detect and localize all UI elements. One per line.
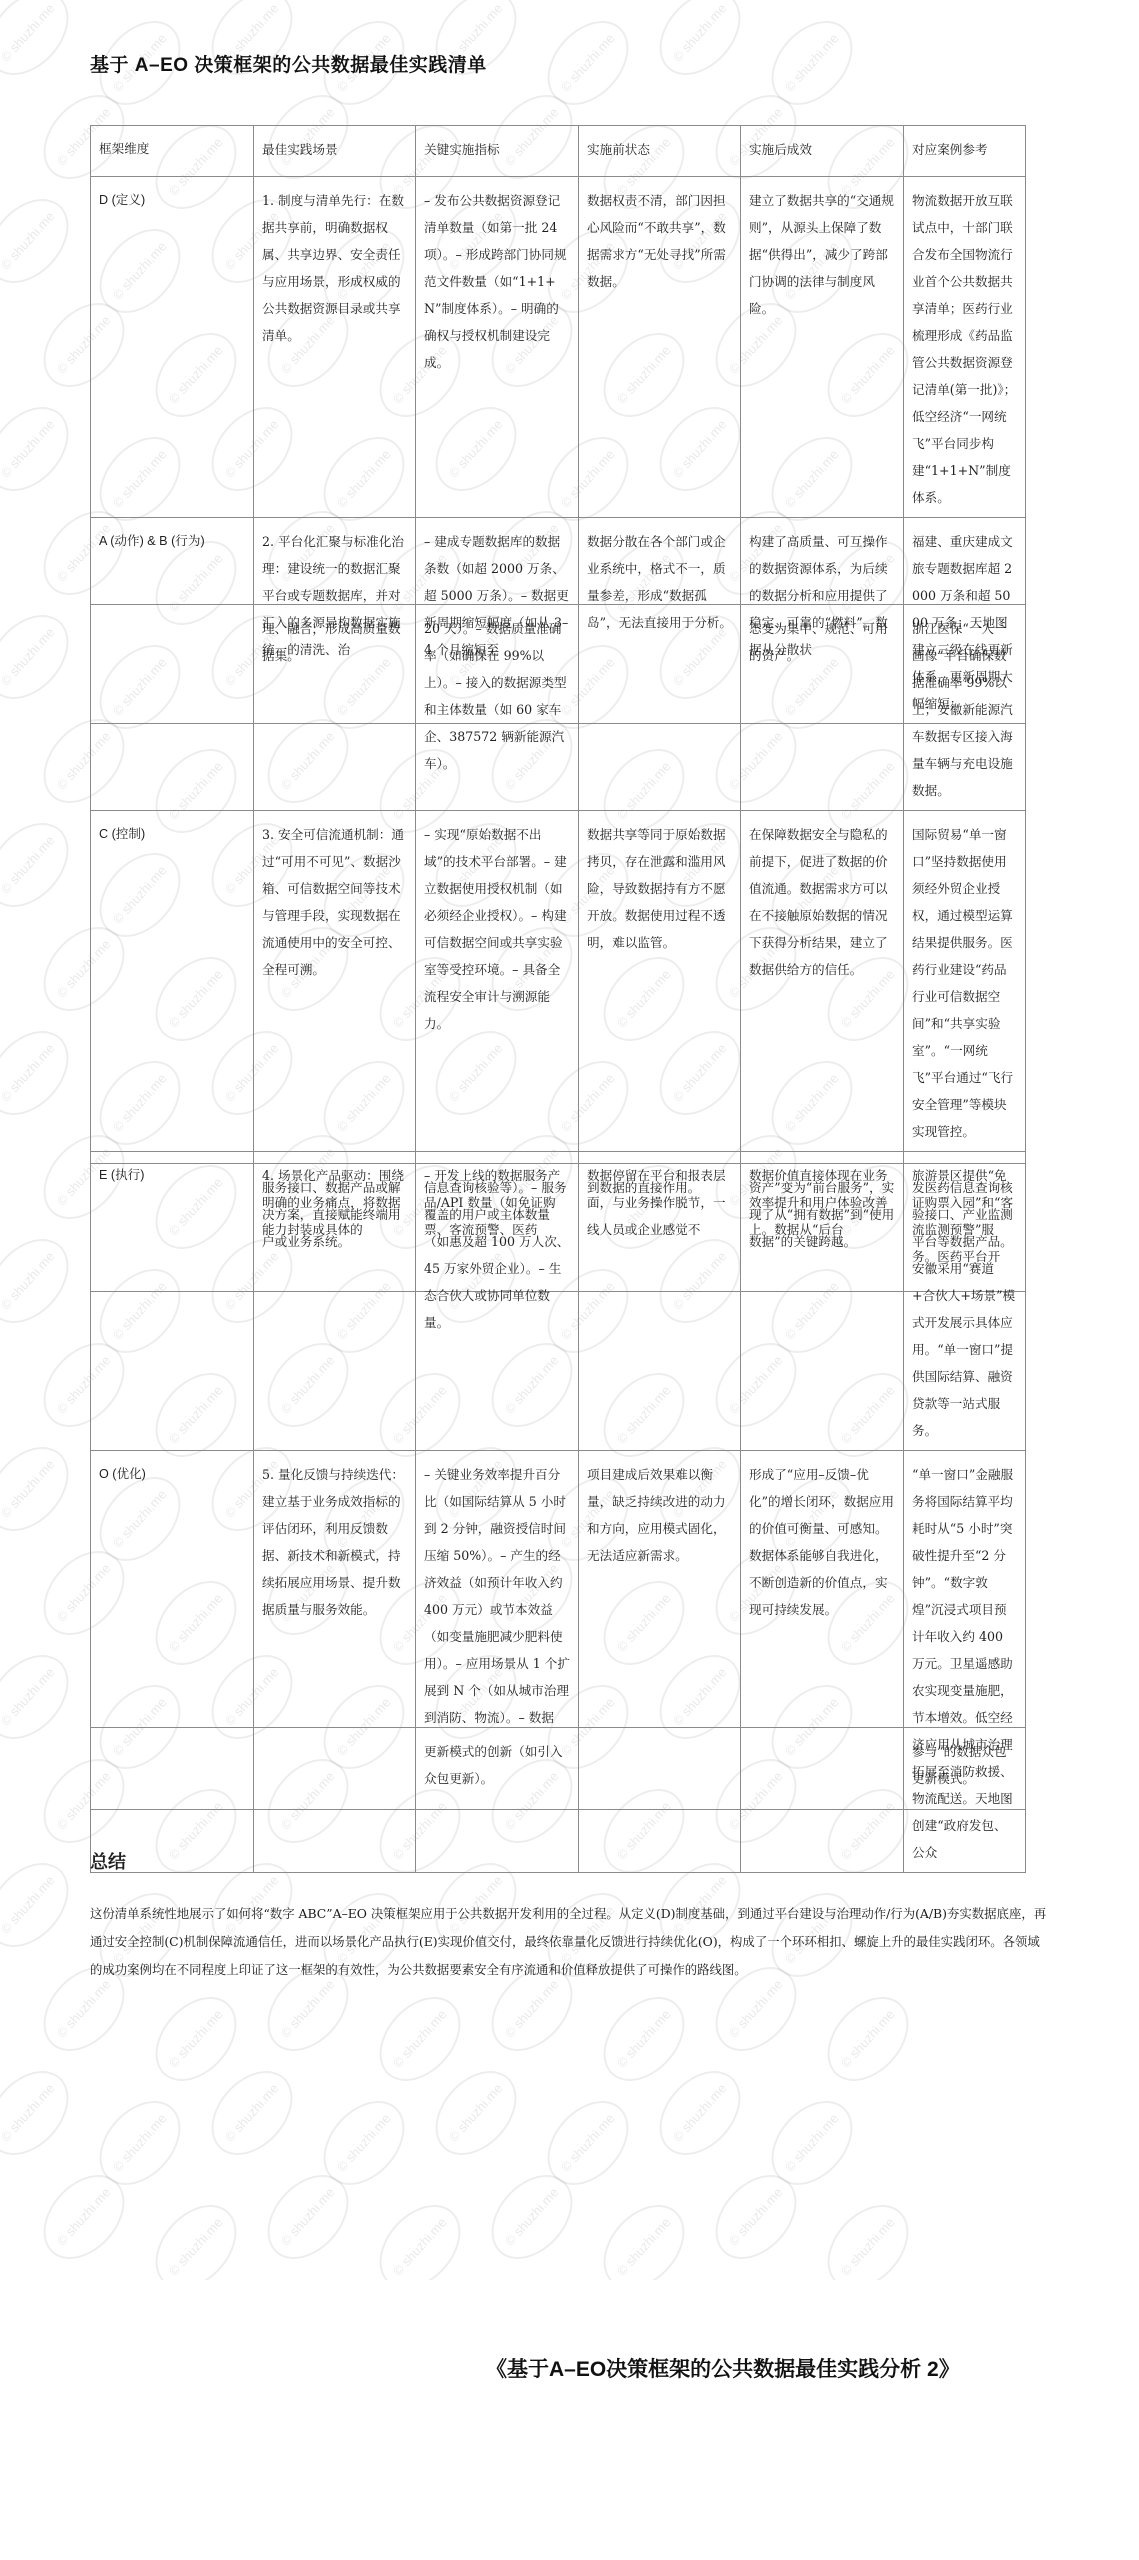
header-scenario: 最佳实践场景	[254, 126, 416, 177]
header-dimension: 框架维度	[91, 126, 254, 177]
watermark-stamp: © shuzhi.me	[0, 1015, 85, 1131]
table-row-ab-continued: 理、融合，形成高质量数据集。 20 天）。– 数据质量准确率（如确保在 99%以…	[91, 605, 1026, 811]
watermark-stamp: © shuzhi.me	[0, 0, 85, 91]
cell-scenario: 3. 安全可信流通机制：通过“可用不可见”、数据沙箱、可信数据空间等技术与管理手…	[254, 811, 416, 1152]
summary-paragraph: 这份清单系统性地展示了如何将“数字 ABC”A–EO 决策框架应用于公共数据开发…	[90, 1900, 1050, 1984]
table-row-e-continued: 服务接口、数据产品或解决方案，直接赋能终端用户或业务系统。 信息查询核验等）。–…	[91, 1164, 1026, 1451]
watermark-stamp: © shuzhi.me	[27, 2159, 140, 2275]
cell-scenario: 理、融合，形成高质量数据集。	[254, 605, 416, 811]
table-row-o-continued: 更新模式的创新（如引入众包更新）。 参与”的数据众包更新模式。	[91, 1728, 1026, 1810]
cell-before: 数据权责不清，部门因担心风险而“不敢共享”，数据需求方“无处寻找”所需数据。	[579, 177, 741, 518]
watermark-stamp: © shuzhi.me	[363, 2189, 476, 2280]
watermark-stamp: © shuzhi.me	[195, 0, 308, 91]
watermark-stamp: © shuzhi.me	[587, 2189, 700, 2280]
table-row-c: C (控制) 3. 安全可信流通机制：通过“可用不可见”、数据沙箱、可信数据空间…	[91, 811, 1026, 1152]
cell-indicators: – 实现“原始数据不出域”的技术平台部署。– 建立数据使用授权机制（如必须经企业…	[416, 811, 579, 1152]
cell-scenario	[254, 1728, 416, 1810]
footer-title: 《基于A–EO决策框架的公共数据最佳实践分析 2》	[486, 2353, 960, 2383]
watermark-stamp: © shuzhi.me	[195, 2055, 308, 2171]
cell-indicators: 更新模式的创新（如引入众包更新）。	[416, 1728, 579, 1810]
cell-dimension-empty	[91, 605, 254, 811]
watermark-stamp: © shuzhi.me	[699, 2159, 812, 2275]
watermark-stamp: © shuzhi.me	[0, 1223, 85, 1339]
watermark-stamp: © shuzhi.me	[755, 2085, 868, 2201]
cell-cases: 国际贸易“单一窗口”坚持数据使用须经外贸企业授权，通过模型运算结果提供服务。医药…	[904, 811, 1026, 1152]
watermark-stamp: © shuzhi.me	[0, 1431, 85, 1547]
cell-after: 态变为集中、规范、可用的资产。	[741, 605, 904, 811]
header-cases: 对应案例参考	[904, 126, 1026, 177]
cell-after: 资产”变为“前台服务”，实现了从“拥有数据”到“使用数据”的关键跨越。	[741, 1164, 904, 1451]
document-title: 基于 A–EO 决策框架的公共数据最佳实践清单	[90, 50, 487, 77]
watermark-stamp: © shuzhi.me	[643, 0, 756, 91]
watermark-stamp: © shuzhi.me	[419, 0, 532, 91]
cell-indicators: – 发布公共数据资源登记清单数量（如第一批 24 项）。– 形成跨部门协同规范文…	[416, 177, 579, 518]
cell-cases: 浙江医保“一人一画像”平台确保数据准确率 99%以上；安徽新能源汽车数据专区接入…	[904, 605, 1026, 811]
watermark-stamp: © shuzhi.me	[0, 183, 85, 299]
cell-before: 数据共享等同于原始数据拷贝，存在泄露和滥用风险，导致数据持有方不愿开放。数据使用…	[579, 811, 741, 1152]
cell-before: 到数据的直接作用。	[579, 1164, 741, 1451]
header-before: 实施前状态	[579, 126, 741, 177]
watermark-stamp: © shuzhi.me	[0, 599, 85, 715]
watermark-stamp: © shuzhi.me	[475, 2159, 588, 2275]
cell-cases: 发医药信息查询核验接口、产业监测平台等数据产品。安徽采用“赛道+合伙人+场景”模…	[904, 1164, 1026, 1451]
cell-dimension: C (控制)	[91, 811, 254, 1152]
watermark-stamp: © shuzhi.me	[755, 5, 868, 121]
watermark-stamp: © shuzhi.me	[139, 1981, 252, 2097]
watermark-stamp: © shuzhi.me	[587, 1981, 700, 2097]
cell-after: 在保障数据安全与隐私的前提下，促进了数据的价值流通。数据需求方可以在不接触原始数…	[741, 811, 904, 1152]
cell-after	[741, 1728, 904, 1810]
table-row-d: D (定义) 1. 制度与清单先行：在数据共享前，明确数据权属、共享边界、安全责…	[91, 177, 1026, 518]
cell-before	[579, 1728, 741, 1810]
watermark-stamp: © shuzhi.me	[811, 2189, 924, 2280]
cell-indicators: 20 天）。– 数据质量准确率（如确保在 99%以上）。– 接入的数据源类型和主…	[416, 605, 579, 811]
watermark-stamp: © shuzhi.me	[0, 391, 85, 507]
cell-before	[579, 605, 741, 811]
cell-indicators: 信息查询核验等）。– 服务覆盖的用户或主体数量（如惠及超 100 万人次、45 …	[416, 1164, 579, 1451]
watermark-stamp: © shuzhi.me	[0, 1639, 85, 1755]
watermark-stamp: © shuzhi.me	[363, 1981, 476, 2097]
summary-heading: 总结	[90, 1848, 126, 1874]
watermark-stamp: © shuzhi.me	[139, 2189, 252, 2280]
watermark-stamp: © shuzhi.me	[643, 2055, 756, 2171]
cell-dimension-empty	[91, 1164, 254, 1451]
table-header-row: 框架维度 最佳实践场景 关键实施指标 实施前状态 实施后成效 对应案例参考	[91, 126, 1026, 177]
watermark-stamp: © shuzhi.me	[0, 807, 85, 923]
cell-dimension: D (定义)	[91, 177, 254, 518]
cell-scenario: 1. 制度与清单先行：在数据共享前，明确数据权属、共享边界、安全责任与应用场景，…	[254, 177, 416, 518]
header-after: 实施后成效	[741, 126, 904, 177]
watermark-stamp: © shuzhi.me	[307, 2085, 420, 2201]
cell-scenario: 服务接口、数据产品或解决方案，直接赋能终端用户或业务系统。	[254, 1164, 416, 1451]
cell-cases: 物流数据开放互联试点中，十部门联合发布全国物流行业首个公共数据共享清单；医药行业…	[904, 177, 1026, 518]
watermark-stamp: © shuzhi.me	[531, 2085, 644, 2201]
watermark-stamp: © shuzhi.me	[0, 1847, 85, 1963]
watermark-stamp: © shuzhi.me	[531, 5, 644, 121]
watermark-stamp: © shuzhi.me	[419, 2055, 532, 2171]
watermark-stamp: © shuzhi.me	[251, 2159, 364, 2275]
cell-dimension-empty	[91, 1728, 254, 1810]
best-practice-table-part-4: 更新模式的创新（如引入众包更新）。 参与”的数据众包更新模式。	[90, 1727, 1026, 1810]
watermark-stamp: © shuzhi.me	[0, 2055, 85, 2171]
cell-after: 建立了数据共享的“交通规则”，从源头上保障了数据“供得出”，减少了跨部门协调的法…	[741, 177, 904, 518]
header-indicators: 关键实施指标	[416, 126, 579, 177]
watermark-stamp: © shuzhi.me	[811, 1981, 924, 2097]
watermark-stamp: © shuzhi.me	[83, 2085, 196, 2201]
cell-cases: 参与”的数据众包更新模式。	[904, 1728, 1026, 1810]
